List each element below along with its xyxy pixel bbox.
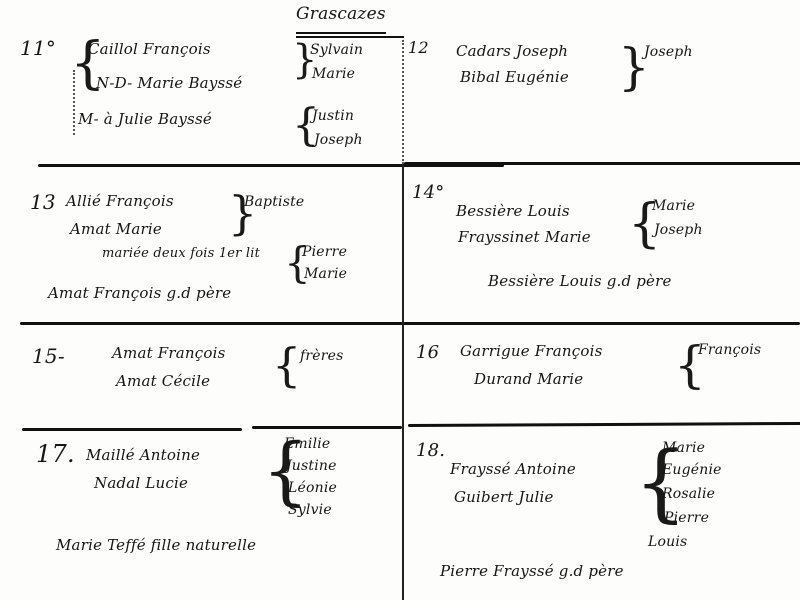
parent-name: Allié François — [66, 192, 174, 210]
natural-child-note: Marie Teffé fille naturelle — [56, 536, 256, 554]
child-name: Joseph — [644, 44, 693, 60]
row-divider — [22, 428, 242, 431]
parent-name: Bessière Louis — [456, 202, 570, 220]
entry-number: 18. — [416, 440, 445, 461]
child-name: Louis — [648, 534, 687, 550]
register-page: Grascazes 11° { Caillol François N-D- Ma… — [0, 0, 800, 600]
parent-name: Caillol François — [88, 40, 211, 58]
child-name: Joseph — [654, 222, 703, 238]
child-name: Pierre — [302, 244, 347, 260]
parent-name: N-D- Marie Bayssé — [96, 74, 242, 92]
grandparent-note: Amat François g.d père — [48, 284, 231, 302]
brace: { — [272, 342, 301, 388]
child-name: Joseph — [314, 132, 363, 148]
title-underline — [296, 32, 386, 34]
entry-number: 13 — [30, 190, 56, 214]
row-divider — [404, 162, 800, 165]
parent-name: Nadal Lucie — [94, 474, 188, 492]
parent-name: Amat Marie — [70, 220, 162, 238]
child-name: Marie — [304, 266, 347, 282]
parent-name: Guibert Julie — [454, 488, 554, 506]
parent-name: Garrigue François — [460, 342, 602, 360]
child-name: Marie — [312, 66, 355, 82]
child-name: Justine — [286, 458, 337, 474]
child-name: Sylvain — [310, 42, 363, 58]
entry-number: 16 — [416, 342, 439, 363]
child-name: Marie — [662, 440, 705, 456]
parent-name: Frayssé Antoine — [450, 460, 576, 478]
parent-name: Bibal Eugénie — [460, 68, 569, 86]
parent-note: mariée deux fois 1er lit — [102, 246, 260, 261]
column-divider — [402, 40, 404, 164]
column-divider — [402, 164, 404, 600]
child-name: Pierre — [664, 510, 709, 526]
parent-name: Amat François — [112, 344, 226, 362]
child-name: Baptiste — [244, 194, 304, 210]
child-name: Eugénie — [662, 462, 722, 478]
grandparent-note: Bessière Louis g.d père — [488, 272, 672, 290]
entry-number: 15- — [32, 344, 65, 368]
child-name: frères — [300, 348, 344, 364]
entry-number: 11° — [20, 36, 56, 60]
parent-name: M- à Julie Bayssé — [78, 110, 212, 128]
entry-number: 14° — [412, 182, 445, 203]
child-name: François — [698, 342, 761, 358]
grandparent-note: Pierre Frayssé g.d père — [440, 562, 624, 580]
child-name: Marie — [652, 198, 695, 214]
entry-number: 12 — [408, 38, 429, 57]
child-name: Emilie — [284, 436, 330, 452]
row-divider — [408, 422, 800, 427]
parent-name: Durand Marie — [474, 370, 583, 388]
child-name: Sylvie — [288, 502, 332, 518]
parent-name: Frayssinet Marie — [458, 228, 591, 246]
parent-name: Amat Cécile — [116, 372, 210, 390]
child-name: Justin — [312, 108, 354, 124]
child-name: Léonie — [288, 480, 337, 496]
parent-name: Maillé Antoine — [86, 446, 200, 464]
child-name: Rosalie — [662, 486, 715, 502]
row-divider — [20, 322, 800, 325]
parent-name: Cadars Joseph — [456, 42, 568, 60]
entry-number: 17. — [36, 440, 75, 468]
register-title: Grascazes — [296, 4, 386, 24]
